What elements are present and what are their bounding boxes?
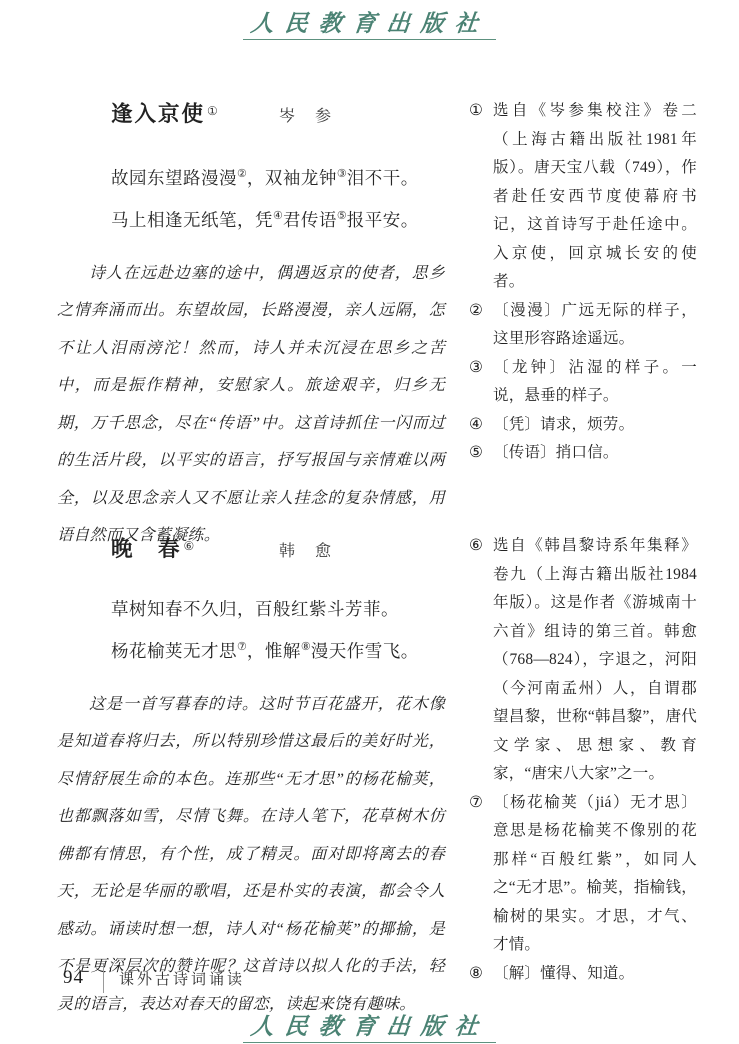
annotation-text: 〔传语〕捎口信。: [493, 439, 697, 468]
publisher-logo-underline: [243, 39, 496, 40]
poem2-line1-text: 草树知春不久归，百般红紫斗芳菲。: [111, 599, 399, 619]
annotation-item: ⑦ 〔杨花榆荚（jiá）无才思〕意思是杨花榆荚不像别的花那样“百般红紫”，如同人…: [469, 789, 697, 960]
publisher-logo-text: 人民教育出版社: [249, 5, 490, 38]
annotation-item: ② 〔漫漫〕广远无际的样子，这里形容路途遥远。: [469, 297, 697, 354]
poem2-title: 晚 春: [111, 537, 182, 561]
poem1-header: 逢入京使①岑 参: [57, 97, 445, 128]
poem1-body: 故园东望路漫漫②，双袖龙钟③泪不干。 马上相逢无纸笔，凭④君传语⑤报平安。: [57, 155, 445, 239]
annotation-text: 选自《韩昌黎诗系年集释》卷九（上海古籍出版社1984年版）。这是作者《游城南十六…: [493, 532, 697, 789]
publisher-logo-top: 人民教育出版社: [0, 5, 739, 40]
poem2-title-wrap: 晚 春⑥: [111, 532, 279, 563]
annotation-text: 〔解〕懂得、知道。: [493, 960, 697, 989]
annotation-marker: ⑦: [469, 789, 493, 960]
poem1-commentary: 诗人在远赴边塞的途中，偶遇返京的使者，思乡之情奔涌而出。东望故园，长路漫漫，亲人…: [57, 255, 445, 555]
annotation-marker: ①: [469, 97, 493, 297]
footer-section-label: 课外古诗词诵读: [119, 968, 245, 989]
note-ref-3: ③: [337, 168, 347, 180]
annotation-marker: ⑤: [469, 439, 493, 468]
poem1-annotations: ① 选自《岑参集校注》卷二（上海古籍出版社1981年版）。唐天宝八载（749），…: [469, 97, 697, 555]
poem1-title-wrap: 逢入京使①: [111, 97, 279, 128]
annotation-item: ⑥ 选自《韩昌黎诗系年集释》卷九（上海古籍出版社1984年版）。这是作者《游城南…: [469, 532, 697, 789]
page-footer: 94 课外古诗词诵读: [63, 963, 245, 993]
poem-section-2: 晚 春⑥韩 愈 草树知春不久归，百般红紫斗芳菲。 杨花榆荚无才思⑦，惟解⑧漫天作…: [57, 532, 697, 1023]
poem-section-1: 逢入京使①岑 参 故园东望路漫漫②，双袖龙钟③泪不干。 马上相逢无纸笔，凭④君传…: [57, 97, 697, 555]
poem2-line-1: 草树知春不久归，百般红紫斗芳菲。: [111, 590, 445, 628]
textbook-page: 人民教育出版社 逢入京使①岑 参 故园东望路漫漫②，双袖龙钟③泪不干。 马上相逢…: [0, 0, 739, 1044]
annotation-item: ⑧ 〔解〕懂得、知道。: [469, 960, 697, 989]
footer-divider: [103, 963, 104, 993]
page-number: 94: [63, 967, 84, 989]
poem2-line-2: 杨花榆荚无才思⑦，惟解⑧漫天作雪飞。: [111, 628, 445, 670]
poem2-line2-text: 漫天作雪飞。: [311, 641, 419, 661]
publisher-logo-underline: [243, 1042, 496, 1043]
poem2-line2-text: ，惟解: [247, 641, 301, 661]
poem1-line-2: 马上相逢无纸笔，凭④君传语⑤报平安。: [111, 197, 445, 239]
note-ref-5: ⑤: [337, 210, 347, 222]
poem1-line-1: 故园东望路漫漫②，双袖龙钟③泪不干。: [111, 155, 445, 197]
poem1-line1-text: ，双袖龙钟: [247, 168, 337, 188]
poem1-author: 岑 参: [279, 108, 333, 125]
annotation-text: 〔漫漫〕广远无际的样子，这里形容路途遥远。: [493, 297, 697, 354]
publisher-logo-bottom: 人民教育出版社: [0, 1008, 739, 1043]
annotation-item: ④ 〔凭〕请求，烦劳。: [469, 411, 697, 440]
annotation-text: 〔龙钟〕沾湿的样子。一说，悬垂的样子。: [493, 354, 697, 411]
note-ref-8: ⑧: [301, 641, 311, 653]
annotation-text: 选自《岑参集校注》卷二（上海古籍出版社1981年版）。唐天宝八载（749），作者…: [493, 97, 697, 297]
annotation-marker: ③: [469, 354, 493, 411]
poem2-header: 晚 春⑥韩 愈: [57, 532, 445, 563]
poem2-author: 韩 愈: [279, 543, 333, 560]
annotation-item: ⑤ 〔传语〕捎口信。: [469, 439, 697, 468]
poem2-main-column: 晚 春⑥韩 愈 草树知春不久归，百般红紫斗芳菲。 杨花榆荚无才思⑦，惟解⑧漫天作…: [57, 532, 445, 1023]
annotation-item: ③ 〔龙钟〕沾湿的样子。一说，悬垂的样子。: [469, 354, 697, 411]
annotation-text: 〔杨花榆荚（jiá）无才思〕意思是杨花榆荚不像别的花那样“百般红紫”，如同人之“…: [493, 789, 697, 960]
note-ref-7: ⑦: [237, 641, 247, 653]
poem1-line1-text: 故园东望路漫漫: [111, 168, 237, 188]
publisher-logo-text: 人民教育出版社: [249, 1008, 490, 1041]
poem1-main-column: 逢入京使①岑 参 故园东望路漫漫②，双袖龙钟③泪不干。 马上相逢无纸笔，凭④君传…: [57, 97, 445, 555]
poem1-line2-text: 马上相逢无纸笔，凭: [111, 210, 273, 230]
annotation-marker: ⑥: [469, 532, 493, 789]
annotation-marker: ②: [469, 297, 493, 354]
poem1-title-note-marker: ①: [207, 104, 218, 118]
poem2-title-note-marker: ⑥: [184, 539, 195, 553]
annotation-item: ① 选自《岑参集校注》卷二（上海古籍出版社1981年版）。唐天宝八载（749），…: [469, 97, 697, 297]
note-ref-4: ④: [273, 210, 283, 222]
annotation-text: 〔凭〕请求，烦劳。: [493, 411, 697, 440]
poem1-line2-text: 报平安。: [347, 210, 419, 230]
poem1-title: 逢入京使: [111, 102, 205, 126]
annotation-marker: ④: [469, 411, 493, 440]
note-ref-2: ②: [237, 168, 247, 180]
poem1-line1-text: 泪不干。: [347, 168, 419, 188]
poem2-body: 草树知春不久归，百般红紫斗芳菲。 杨花榆荚无才思⑦，惟解⑧漫天作雪飞。: [57, 590, 445, 670]
annotation-marker: ⑧: [469, 960, 493, 989]
poem2-line2-text: 杨花榆荚无才思: [111, 641, 237, 661]
poem1-line2-text: 君传语: [283, 210, 337, 230]
poem2-annotations: ⑥ 选自《韩昌黎诗系年集释》卷九（上海古籍出版社1984年版）。这是作者《游城南…: [469, 532, 697, 1023]
